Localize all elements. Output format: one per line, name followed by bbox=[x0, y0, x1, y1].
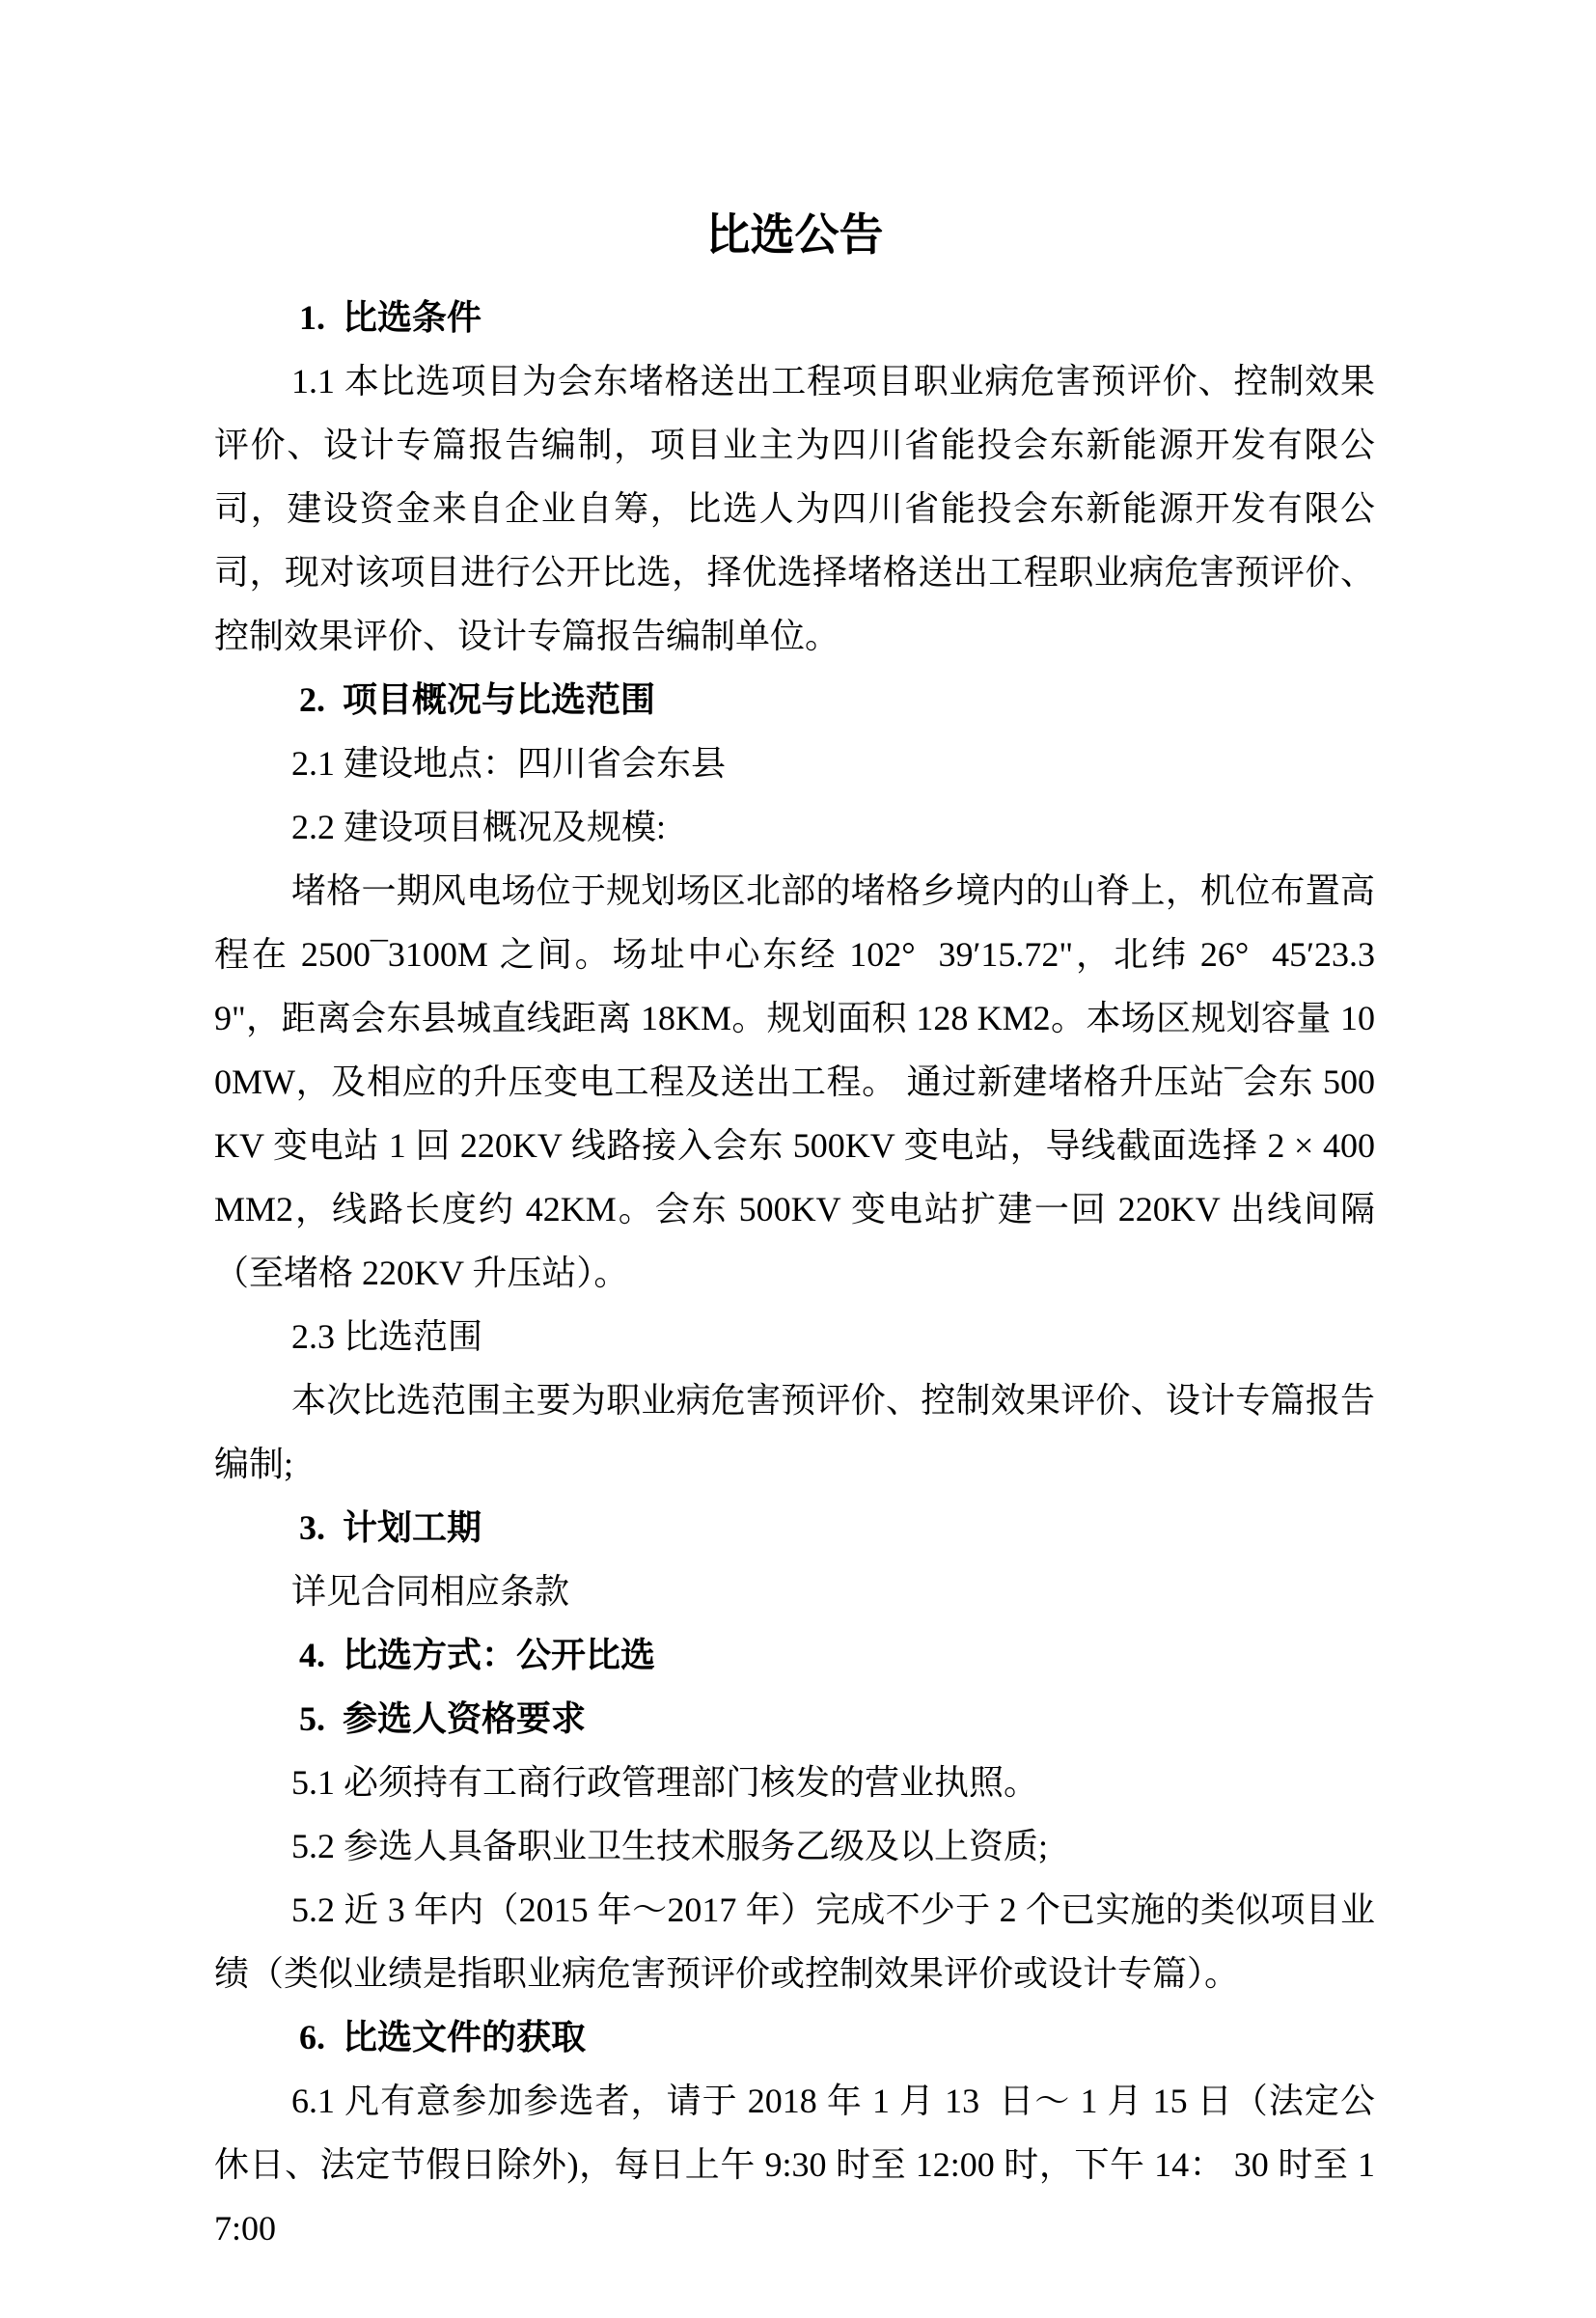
heading-6-document-obtain: 6. 比选文件的获取 bbox=[214, 2005, 1375, 2069]
para-5-2-track-record: 5.2 近 3 年内（2015 年～2017 年）完成不少于 2 个已实施的类似… bbox=[214, 1878, 1375, 2005]
para-5-2-service-grade: 5.2 参选人具备职业卫生技术服务乙级及以上资质; bbox=[214, 1814, 1375, 1878]
para-6-1-obtain-time: 6.1 凡有意参加参选者，请于 2018 年 1 月 13 日～ 1 月 15 … bbox=[214, 2069, 1375, 2260]
para-2-1-location: 2.1 建设地点：四川省会东县 bbox=[214, 731, 1375, 795]
para-2-2-project-scale: 堵格一期风电场位于规划场区北部的堵格乡境内的山脊上，机位布置高程在 2500¯3… bbox=[214, 859, 1375, 1305]
para-2-3-scope-text: 本次比选范围主要为职业病危害预评价、控制效果评价、设计专篇报告编制; bbox=[214, 1368, 1375, 1496]
para-5-1-business-license: 5.1 必须持有工商行政管理部门核发的营业执照。 bbox=[214, 1751, 1375, 1814]
heading-1-selection-conditions: 1. 比选条件 bbox=[214, 286, 1375, 349]
heading-5-qualification: 5. 参选人资格要求 bbox=[214, 1687, 1375, 1751]
heading-2-project-overview: 2. 项目概况与比选范围 bbox=[214, 668, 1375, 731]
heading-4-selection-method: 4. 比选方式：公开比选 bbox=[214, 1623, 1375, 1687]
page-title: 比选公告 bbox=[214, 201, 1375, 270]
document-page: 比选公告 1. 比选条件 1.1 本比选项目为会东堵格送出工程项目职业病危害预评… bbox=[0, 0, 1596, 2318]
para-1-1-project-description: 1.1 本比选项目为会东堵格送出工程项目职业病危害预评价、控制效果评价、设计专篇… bbox=[214, 349, 1375, 668]
para-3-schedule-text: 详见合同相应条款 bbox=[214, 1559, 1375, 1623]
heading-3-planned-schedule: 3. 计划工期 bbox=[214, 1496, 1375, 1559]
para-2-2-scale-label: 2.2 建设项目概况及规模: bbox=[214, 795, 1375, 859]
para-2-3-scope-label: 2.3 比选范围 bbox=[214, 1305, 1375, 1368]
